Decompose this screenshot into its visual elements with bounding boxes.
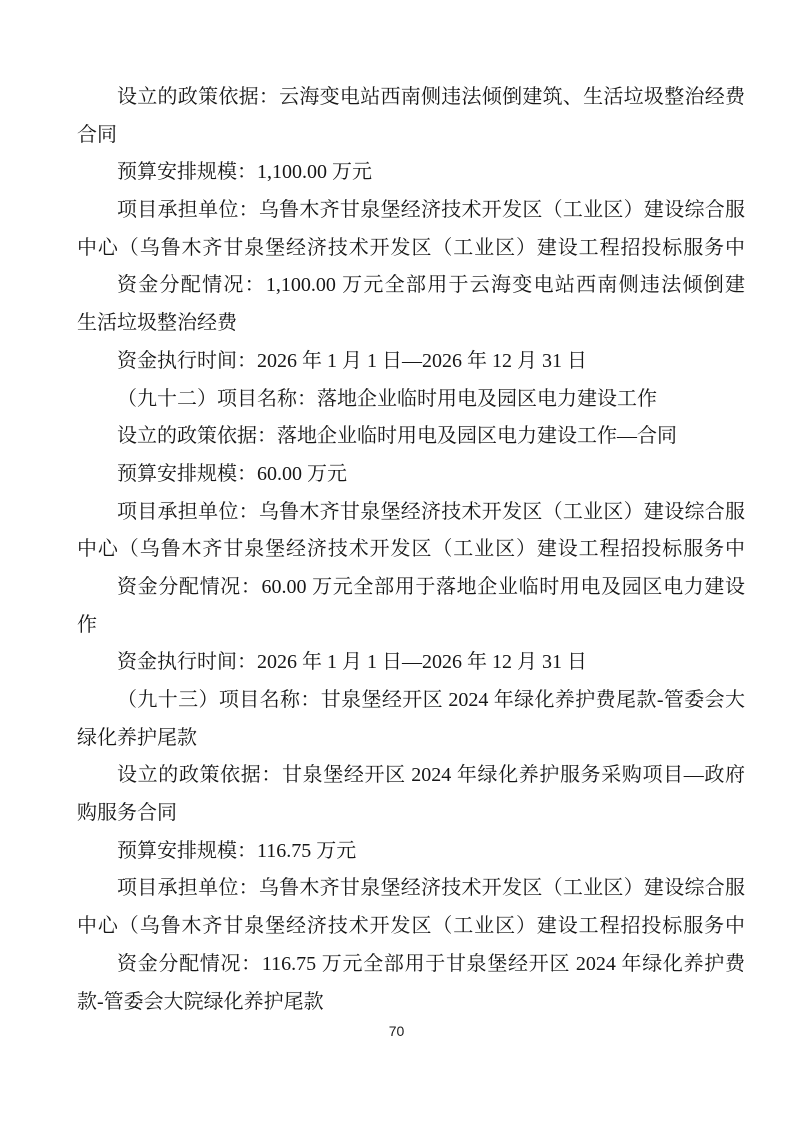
text-line: 资金分配情况：1,100.00 万元全部用于云海变电站西南侧违法倾倒建筑、 [77, 267, 745, 305]
text-line: 预算安排规模：1,100.00 万元 [77, 154, 745, 192]
text-line: 购服务合同 [77, 795, 745, 833]
text-line: （九十二）项目名称：落地企业临时用电及园区电力建设工作 [77, 381, 745, 419]
text-line: 资金执行时间：2026 年 1 月 1 日—2026 年 12 月 31 日 [77, 343, 745, 381]
text-line: 资金分配情况：116.75 万元全部用于甘泉堡经开区 2024 年绿化养护费尾 [77, 946, 745, 984]
text-line: 设立的政策依据：甘泉堡经开区 2024 年绿化养护服务采购项目—政府采 [77, 757, 745, 795]
document-body: 设立的政策依据：云海变电站西南侧违法倾倒建筑、生活垃圾整治经费—合同预算安排规模… [77, 79, 745, 1021]
text-line: 项目承担单位：乌鲁木齐甘泉堡经济技术开发区（工业区）建设综合服务 [77, 870, 745, 908]
text-line: 项目承担单位：乌鲁木齐甘泉堡经济技术开发区（工业区）建设综合服务 [77, 494, 745, 532]
text-line: 作 [77, 607, 745, 645]
text-line: 中心（乌鲁木齐甘泉堡经济技术开发区（工业区）建设工程招投标服务中心） [77, 531, 745, 569]
text-line: 资金执行时间：2026 年 1 月 1 日—2026 年 12 月 31 日 [77, 644, 745, 682]
text-line: 中心（乌鲁木齐甘泉堡经济技术开发区（工业区）建设工程招投标服务中心） [77, 908, 745, 946]
text-line: 设立的政策依据：云海变电站西南侧违法倾倒建筑、生活垃圾整治经费— [77, 79, 745, 117]
text-line: 绿化养护尾款 [77, 720, 745, 758]
text-line: 预算安排规模：60.00 万元 [77, 456, 745, 494]
text-line: 资金分配情况：60.00 万元全部用于落地企业临时用电及园区电力建设工 [77, 569, 745, 607]
text-line: （九十三）项目名称：甘泉堡经开区 2024 年绿化养护费尾款-管委会大院 [77, 682, 745, 720]
text-line: 合同 [77, 117, 745, 155]
text-line: 预算安排规模：116.75 万元 [77, 833, 745, 871]
text-line: 款-管委会大院绿化养护尾款 [77, 984, 745, 1022]
text-line: 中心（乌鲁木齐甘泉堡经济技术开发区（工业区）建设工程招投标服务中心） [77, 230, 745, 268]
document-page: 设立的政策依据：云海变电站西南侧违法倾倒建筑、生活垃圾整治经费—合同预算安排规模… [0, 0, 793, 1122]
text-line: 项目承担单位：乌鲁木齐甘泉堡经济技术开发区（工业区）建设综合服务 [77, 192, 745, 230]
text-line: 设立的政策依据：落地企业临时用电及园区电力建设工作—合同 [77, 418, 745, 456]
page-number: 70 [0, 1023, 793, 1039]
text-line: 生活垃圾整治经费 [77, 305, 745, 343]
